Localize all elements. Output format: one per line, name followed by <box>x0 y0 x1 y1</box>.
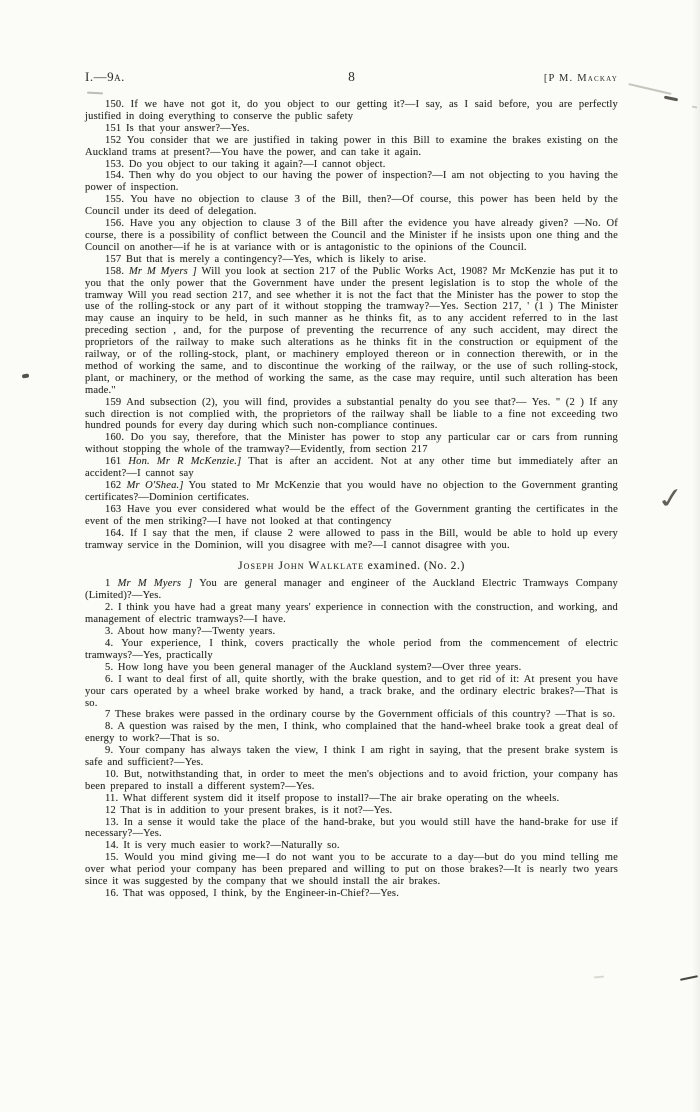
question-number: 159 <box>105 397 121 408</box>
question-number: 8. <box>105 721 113 732</box>
question-number: 150. <box>105 99 124 110</box>
question-answer-text: These brakes were passed in the ordinary… <box>115 709 615 720</box>
page-header: I.—9a. 8 [P M. Mackay <box>85 69 618 86</box>
question-answer-text: Is that your answer?—Yes. <box>126 123 250 134</box>
question-number: 164. <box>105 528 124 539</box>
testimony-paragraph: 6. I want to deal first of all, quite sh… <box>85 674 618 710</box>
question-number: 153. <box>105 159 124 170</box>
testimony-paragraph: 14. It is very much easier to work?—Natu… <box>85 840 618 852</box>
testimony-paragraph: 16. That was opposed, I think, by the En… <box>85 888 618 900</box>
question-answer-text: Do you say, therefore, that the Minister… <box>85 432 618 455</box>
question-number: 156. <box>105 218 124 229</box>
question-number: 3. <box>105 626 113 637</box>
question-answer-text: You have no objection to clause 3 of the… <box>85 194 618 217</box>
question-number: 11. <box>105 793 118 804</box>
question-answer-text: If I say that the men, if clause 2 were … <box>85 528 618 551</box>
question-answer-text: Your company has always taken the view, … <box>85 745 618 768</box>
testimony-paragraph: 151 Is that your answer?—Yes. <box>85 123 618 135</box>
question-answer-text: Have you any objection to clause 3 of th… <box>85 218 618 253</box>
question-number: 13. <box>105 817 119 828</box>
question-answer-text: Have you ever considered what would be t… <box>85 504 618 527</box>
testimony-paragraph: 153. Do you object to our taking it agai… <box>85 159 618 171</box>
question-answer-text: How long have you been general manager o… <box>118 662 522 673</box>
testimony-paragraph: 164. If I say that the men, if clause 2 … <box>85 528 618 552</box>
question-answer-text: Then why do you object to our having the… <box>85 170 618 193</box>
testimony-paragraph: 4. Your experience, I think, covers prac… <box>85 638 618 662</box>
pencil-dash-bottom-mark <box>680 975 698 981</box>
question-number: 2. <box>105 602 113 613</box>
testimony-paragraph: 150. If we have not got it, do you objec… <box>85 99 618 123</box>
testimony-paragraph: 158. Mr M Myers ] Will you look at secti… <box>85 266 618 397</box>
question-answer-text: I think you have had a great many years'… <box>85 602 618 625</box>
question-number: 5. <box>105 662 113 673</box>
examination-label: examined. (No. 2.) <box>364 560 465 572</box>
question-number: 151 <box>105 123 121 134</box>
pencil-checkmark-icon: ✓ <box>654 481 688 516</box>
question-answer-text: It is very much easier to work?—Naturall… <box>123 840 339 851</box>
testimony-paragraph: 154. Then why do you object to our havin… <box>85 170 618 194</box>
question-answer-text: You consider that we are justified in ta… <box>85 135 618 158</box>
question-answer-text: And subsection (2), you will find, provi… <box>85 397 618 432</box>
testimony-paragraph: 155. You have no objection to clause 3 o… <box>85 194 618 218</box>
speaker-name: Hon. Mr R McKenzie.] <box>128 456 241 467</box>
witness-name: Joseph John Walklate <box>238 560 364 572</box>
pencil-dash-mark <box>664 96 678 102</box>
testimony-paragraph: 162 Mr O'Shea.] You stated to Mr McKenzi… <box>85 480 618 504</box>
question-answer-text: That is in addition to your present brak… <box>120 805 392 816</box>
testimony-paragraph: 12 That is in addition to your present b… <box>85 805 618 817</box>
question-number: 152 <box>105 135 121 146</box>
question-number: 1 <box>105 578 110 589</box>
testimony-paragraph: 2. I think you have had a great many yea… <box>85 602 618 626</box>
question-answer-text: If we have not got it, do you object to … <box>85 99 618 122</box>
testimony-paragraph: 159 And subsection (2), you will find, p… <box>85 397 618 433</box>
question-number: 12 <box>105 805 116 816</box>
question-number: 163 <box>105 504 121 515</box>
testimony-paragraph: 9. Your company has always taken the vie… <box>85 745 618 769</box>
testimony-paragraph: 7 These brakes were passed in the ordina… <box>85 709 618 721</box>
question-answer-text: But that is merely a contingency?—Yes, w… <box>126 254 426 265</box>
testimony-paragraph: 160. Do you say, therefore, that the Min… <box>85 432 618 456</box>
testimony-paragraph: 3. About how many?—Twenty years. <box>85 626 618 638</box>
testimony-part-2: 1 Mr M Myers ] You are general manager a… <box>85 578 618 899</box>
testimony-paragraph: 13. In a sense it would take the place o… <box>85 817 618 841</box>
question-number: 155. <box>105 194 124 205</box>
testimony-paragraph: 163 Have you ever considered what would … <box>85 504 618 528</box>
question-number: 16. <box>105 888 119 899</box>
testimony-paragraph: 152 You consider that we are justified i… <box>85 135 618 159</box>
question-number: 162 <box>105 480 121 491</box>
testimony-paragraph: 156. Have you any objection to clause 3 … <box>85 218 618 254</box>
page-number: 8 <box>348 69 355 85</box>
pencil-stroke-icon <box>628 83 671 94</box>
question-answer-text: Your experience, I think, covers practic… <box>85 638 618 661</box>
question-answer-text: I want to deal first of all, quite short… <box>85 674 618 709</box>
question-number: 10. <box>105 769 119 780</box>
testimony-paragraph: 8. A question was raised by the men, I t… <box>85 721 618 745</box>
paper-reference-number: I.—9a. <box>85 69 125 85</box>
question-number: 14. <box>105 840 119 851</box>
question-number: 4. <box>105 638 113 649</box>
question-answer-text: A question was raised by the men, I thin… <box>85 721 618 744</box>
question-answer-text: That was opposed, I think, by the Engine… <box>123 888 399 899</box>
question-answer-text: But, notwithstanding that, in order to m… <box>85 769 618 792</box>
testimony-paragraph: 10. But, notwithstanding that, in order … <box>85 769 618 793</box>
scan-speck <box>692 106 697 108</box>
question-answer-text: About how many?—Twenty years. <box>117 626 275 637</box>
question-number: 6. <box>105 674 113 685</box>
question-answer-text: Do you object to our taking it again?—I … <box>129 159 386 170</box>
question-number: 7 <box>105 709 110 720</box>
question-number: 154. <box>105 170 124 181</box>
testimony-part-1: 150. If we have not got it, do you objec… <box>85 99 618 551</box>
question-answer-text: Would you mind giving me—I do not want y… <box>85 852 618 887</box>
speaker-name: Mr M Myers ] <box>118 578 193 589</box>
ink-blot-mark <box>22 374 29 378</box>
page-content: I.—9a. 8 [P M. Mackay 150. If we have no… <box>85 69 618 900</box>
witness-name-header: [P M. Mackay <box>544 73 618 84</box>
testimony-paragraph: 157 But that is merely a contingency?—Ye… <box>85 254 618 266</box>
question-answer-text: Will you look at section 217 of the Publ… <box>85 266 618 396</box>
testimony-paragraph: 15. Would you mind giving me—I do not wa… <box>85 852 618 888</box>
testimony-paragraph: 11. What different system did it itself … <box>85 793 618 805</box>
question-number: 158. <box>105 266 124 277</box>
question-answer-text: In a sense it would take the place of th… <box>85 817 618 840</box>
scan-speck-bottom <box>594 976 604 979</box>
testimony-paragraph: 161 Hon. Mr R McKenzie.] That is after a… <box>85 456 618 480</box>
speaker-name: Mr O'Shea.] <box>127 480 184 491</box>
testimony-paragraph: 5. How long have you been general manage… <box>85 662 618 674</box>
question-number: 15. <box>105 852 119 863</box>
question-number: 160. <box>105 432 124 443</box>
question-number: 161 <box>105 456 121 467</box>
speaker-name: Mr M Myers ] <box>129 266 197 277</box>
testimony-paragraph: 1 Mr M Myers ] You are general manager a… <box>85 578 618 602</box>
question-answer-text: What different system did it itself prop… <box>123 793 560 804</box>
question-number: 9. <box>105 745 113 756</box>
scanned-document-page: I.—9a. 8 [P M. Mackay 150. If we have no… <box>0 0 700 1112</box>
witness-examination-heading: Joseph John Walklate examined. (No. 2.) <box>85 560 618 572</box>
question-number: 157 <box>105 254 121 265</box>
